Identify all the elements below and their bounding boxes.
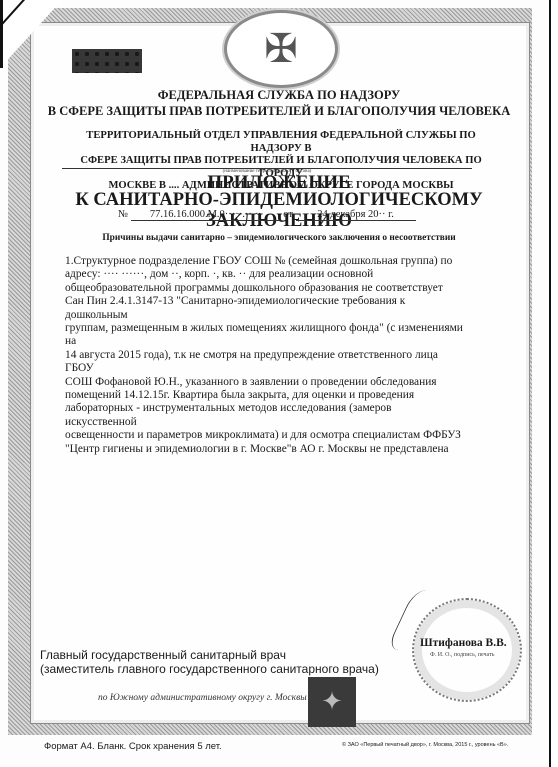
scan-edge bbox=[549, 0, 558, 767]
body-line: СОШ Фофановой Ю.Н., указанного в заявлен… bbox=[65, 376, 465, 389]
hologram-seal-icon: ✦ bbox=[308, 677, 356, 727]
stamp-district: по Южному административному округу г. Мо… bbox=[98, 693, 307, 703]
signer-name: Штифанова В.В. bbox=[420, 637, 507, 649]
document-sheet: ✠ ФЕДЕРАЛЬНАЯ СЛУЖБА ПО НАДЗОРУ В СФЕРЕ … bbox=[0, 0, 548, 767]
signer-caption: Ф. И. О., подпись, печать bbox=[430, 652, 494, 658]
signatory-role: Главный государственный санитарный врач … bbox=[40, 648, 379, 676]
footer-printer: © ЗАО «Первый печатный двор», г. Москва,… bbox=[342, 742, 508, 748]
reasons-heading: Причины выдачи санитарно – эпидемиологич… bbox=[22, 233, 536, 243]
agency-line-1: ФЕДЕРАЛЬНАЯ СЛУЖБА ПО НАДЗОРУ bbox=[22, 88, 536, 103]
double-headed-eagle-icon: ✠ bbox=[264, 29, 298, 69]
body-line: 1.Структурное подразделение ГБОУ СОШ № (… bbox=[65, 255, 465, 268]
emblem-frame: ✠ bbox=[224, 10, 338, 88]
signatory-role-line-2: (заместитель главного государственного с… bbox=[40, 662, 379, 676]
territorial-line-1: ТЕРРИТОРИАЛЬНЫЙ ОТДЕЛ УПРАВЛЕНИЯ ФЕДЕРАЛ… bbox=[75, 130, 487, 155]
agency-line-2: В СФЕРЕ ЗАЩИТЫ ПРАВ ПОТРЕБИТЕЛЕЙ И БЛАГО… bbox=[22, 104, 536, 119]
security-pattern bbox=[72, 49, 142, 73]
signatory-role-line-1: Главный государственный санитарный врач bbox=[40, 648, 379, 662]
body-line: 14 августа 2015 года), т.к не смотря на … bbox=[65, 349, 465, 376]
body-line: освещенности и параметров микроклимата) … bbox=[65, 429, 465, 442]
body-line: адресу: ···· ······, дом ··, корп. ·, кв… bbox=[65, 268, 465, 281]
date-value: 24 декабря 20·· г. bbox=[296, 209, 416, 221]
corner-edge bbox=[0, 0, 3, 68]
body-line: помещений 14.12.15г. Квартира была закры… bbox=[65, 389, 465, 402]
date-label: от bbox=[283, 209, 293, 220]
number-label: № bbox=[118, 209, 128, 220]
folded-corner bbox=[0, 0, 62, 68]
body-line: группам, размещенным в жилых помещениях … bbox=[65, 322, 465, 349]
number-date-row: № 77.16.16.000.М.0·····.··.·· от 24 дека… bbox=[118, 209, 416, 221]
body-line: "Центр гигиены и эпидемиологии в г. Моск… bbox=[65, 443, 465, 456]
body-line: лабораторных - инструментальных методов … bbox=[65, 402, 465, 429]
number-value: 77.16.16.000.М.0·····.··.·· bbox=[131, 209, 281, 221]
body-line: Сан Пин 2.4.1.3147-13 "Санитарно-эпидеми… bbox=[65, 295, 465, 322]
footer-format: Формат А4. Бланк. Срок хранения 5 лет. bbox=[44, 741, 222, 752]
body-paragraph: 1.Структурное подразделение ГБОУ СОШ № (… bbox=[65, 255, 465, 456]
body-line: общеобразовательной программы дошкольног… bbox=[65, 282, 465, 295]
